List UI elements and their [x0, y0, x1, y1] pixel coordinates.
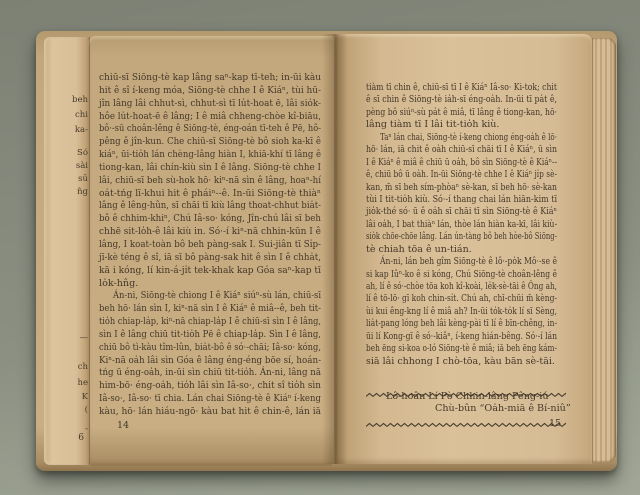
- text-line: bô·-sū choân-lêng ê Siōng-tè, éng-oán tī…: [99, 123, 321, 136]
- text-line: Kiⁿ-nā oa̍h lâi sìn Góa ê lâng éng-éng b…: [99, 355, 321, 368]
- text-line: kan, m̄ sī beh sím-phòaⁿ sè-kan, sī beh …: [366, 182, 557, 194]
- text-line: kiáⁿ, ūi-tio̍h lán chèng-lâng hiàn I, kh…: [99, 149, 321, 162]
- underpage-text-fragment: sū: [78, 174, 88, 185]
- underpage-text-fragment: Só: [77, 148, 88, 159]
- text-line: oa̍t-tńg lī-khui hit ê pháiⁿ--ê. In-ūi S…: [99, 188, 321, 201]
- text-line: Án-ni, Siōng-tè chiong I ê Kiáⁿ siúⁿ-sù …: [99, 290, 321, 303]
- text-line: pêng ê jîn-kun. Che chiū-sī Siōng-tè bô …: [99, 136, 321, 149]
- text-line: kā i kóng, lí kin-á-ji̍t tek-khak kap Gó…: [99, 265, 321, 278]
- text-line: jī-kè téng ê sî, iā sī bô pàng-sak hit ê…: [99, 252, 321, 265]
- text-line: tè chiah tōa ê un-tián.: [366, 244, 557, 256]
- underpage-sliver: 6 beh chi ka- Só sài sū n̂g — ch he K: [44, 37, 90, 465]
- text-line: siā lâi chhong I chò-tōa, kàu bān sè-tāi…: [366, 356, 557, 368]
- text-line: chhē sit-lo̍h-ê lâi kiù in. Só·-í kiⁿ-nā…: [99, 226, 321, 239]
- text-line: tńg ū éng-oa̍h, in-ūi sìn chiū tit-tio̍h…: [99, 367, 321, 380]
- text-line: lí ê tō-lō· gī koh chin-si̍t. Chú ah, ch…: [366, 293, 557, 305]
- text-line: Iâ-so·, Iâ-so· tī chia. Lán chai Siōng-t…: [99, 393, 321, 406]
- text-line: ūi lí Kong-gī ê só·-kiâⁿ, í-keng hián-bê…: [366, 331, 557, 343]
- text-line: lo̍k-hn̂g.: [99, 278, 321, 291]
- text-line: hō· lán, iā chit ê oa̍h chiū-sī chāi tī …: [366, 144, 557, 156]
- text-line: tiàm tī chin ê, chiū-sī tī I ê Kiáⁿ Iâ-s…: [366, 82, 557, 94]
- text-line: ê sī chin ê Siōng-tè ia̍h-sī éng-oa̍h. I…: [366, 94, 557, 106]
- text-line: him-bō· éng-oa̍h, tio̍h lâi sìn Iâ-so·, …: [99, 380, 321, 393]
- underpage-text-fragment: n̂g: [77, 187, 88, 198]
- text-line: jio̍k-thé só· ū ê oa̍h sī chāi tī sìn Si…: [366, 206, 557, 218]
- text-line: bô ê chhim-khiⁿ, Chú Iâ-so· kóng, Jîn-ch…: [99, 213, 321, 226]
- text-line: ê, chiū bô ū oa̍h. In-ūi Siōng-tè chhe I…: [366, 169, 557, 181]
- book-scan-photo: 6 beh chi ka- Só sài sū n̂g — ch he K: [0, 0, 640, 495]
- text-line: Án-ni, lán beh gîm Siōng-tè ê lô·-po̍k M…: [366, 256, 557, 268]
- text-line: sio̍k chōe-chōe lâng. Lán ún-tàng bô beh…: [366, 231, 557, 243]
- text-line: jîn lâng lâi chhut-sì, chhut-sì tī lu̍t-…: [99, 98, 321, 111]
- text-line: lâng tiàm tī I lâi tit-tio̍h kiù.: [366, 119, 557, 131]
- underpage-text-fragment: ka-: [75, 125, 88, 136]
- text-line: hôe lu̍t-hoat-ē ê lâng; I ê miâ chheng-c…: [99, 111, 321, 124]
- right-fore-edge-pages: [592, 38, 616, 462]
- text-line: chiū-sī Siōng-tè kap lâng saⁿ-kap tī-teh…: [99, 72, 321, 85]
- left-page-text: chiū-sī Siōng-tè kap lâng saⁿ-kap tī-teh…: [99, 72, 321, 419]
- underpage-text-fragment: —: [80, 333, 89, 344]
- underpage-text-fragment: ch: [78, 362, 88, 373]
- right-page-text: tiàm tī chin ê, chiū-sī tī I ê Kiáⁿ Iâ-s…: [366, 82, 557, 368]
- underpage-text-fragment: chi: [75, 110, 88, 121]
- text-line: lâi, chiū-sī beh sù-hok hō· kiⁿ-nā sìn ê…: [99, 175, 321, 188]
- text-line: tiong-kan, lâi chín-kiù sìn I ê lâng. Si…: [99, 162, 321, 175]
- zigzag-rule-top: [366, 383, 566, 389]
- text-line: lâng, I koat-toàn bô beh pàng-sak I. Sui…: [99, 239, 321, 252]
- text-line: tùi I tit-tio̍h kiù. Só·-í thang chai lá…: [366, 194, 557, 206]
- book-gutter-shadow: [322, 34, 348, 464]
- zigzag-rule-bottom: [366, 413, 566, 419]
- text-line: pèng bô siúⁿ-sù pa̍t ê miâ, tī lâng ê ti…: [366, 107, 557, 119]
- underpage-text-fragment: sài: [76, 161, 88, 172]
- underpage-page-number: 6: [78, 433, 84, 443]
- text-line: sìn I ê lâng chiū tit-tio̍h Pē ê chiap-l…: [99, 329, 321, 342]
- text-line: lia̍t-pang lóng beh lâi kèng-pài tī lí ê…: [366, 318, 557, 330]
- text-line: lâng ê lêng-hûn, sī chāi tī kiù lâng tho…: [99, 200, 321, 213]
- text-line: lâi oa̍h, I bat thiàⁿ lán, thòe lán hiàn…: [366, 219, 557, 231]
- text-line: beh ēng si-koa o-ló Siōng-tè ê miâ; iā b…: [366, 343, 557, 355]
- text-line: beh hō· lán sìn I, kiⁿ-nā sìn I ê Kiáⁿ ê…: [99, 303, 321, 316]
- underpage-text-fragment: he: [77, 378, 88, 389]
- underpage-text-fragment: beh: [72, 95, 88, 106]
- left-page-number: 14: [117, 420, 129, 431]
- right-page-number: 15: [549, 418, 561, 429]
- text-line: Taⁿ lán chai, Siōng-tè í-keng chiong éng…: [366, 132, 557, 144]
- footer-credit-line-1: Lô-hoân Lí Pò Chhin-lâng Pêng-iú: [386, 391, 549, 402]
- text-line: si kap Iûⁿ-ko ê si kóng, Chú Siōng-tè ch…: [366, 269, 557, 281]
- text-line: ùi kui êng-kng lí ê miâ ah? In-ūi to̍k-t…: [366, 306, 557, 318]
- text-line: chiū bô tì-kàu tîm-lûn, bia̍t-bô ê só·-c…: [99, 342, 321, 355]
- text-line: I ê Kiáⁿ ê miâ ê chiū ū oa̍h, bô sìn Siō…: [366, 157, 557, 169]
- text-line: ah, lí ê só·-chòe tōa koh kî-koài, le̍k-…: [366, 281, 557, 293]
- text-line: tio̍h chiap-la̍p, kiⁿ-nā chiap-la̍p I ê …: [99, 316, 321, 329]
- text-line: kàu, hō· lán hiáu-ngō· kàu bat hit ê chi…: [99, 406, 321, 419]
- text-line: hit ê sî í-keng móa, Siōng-tè chhe I ê K…: [99, 85, 321, 98]
